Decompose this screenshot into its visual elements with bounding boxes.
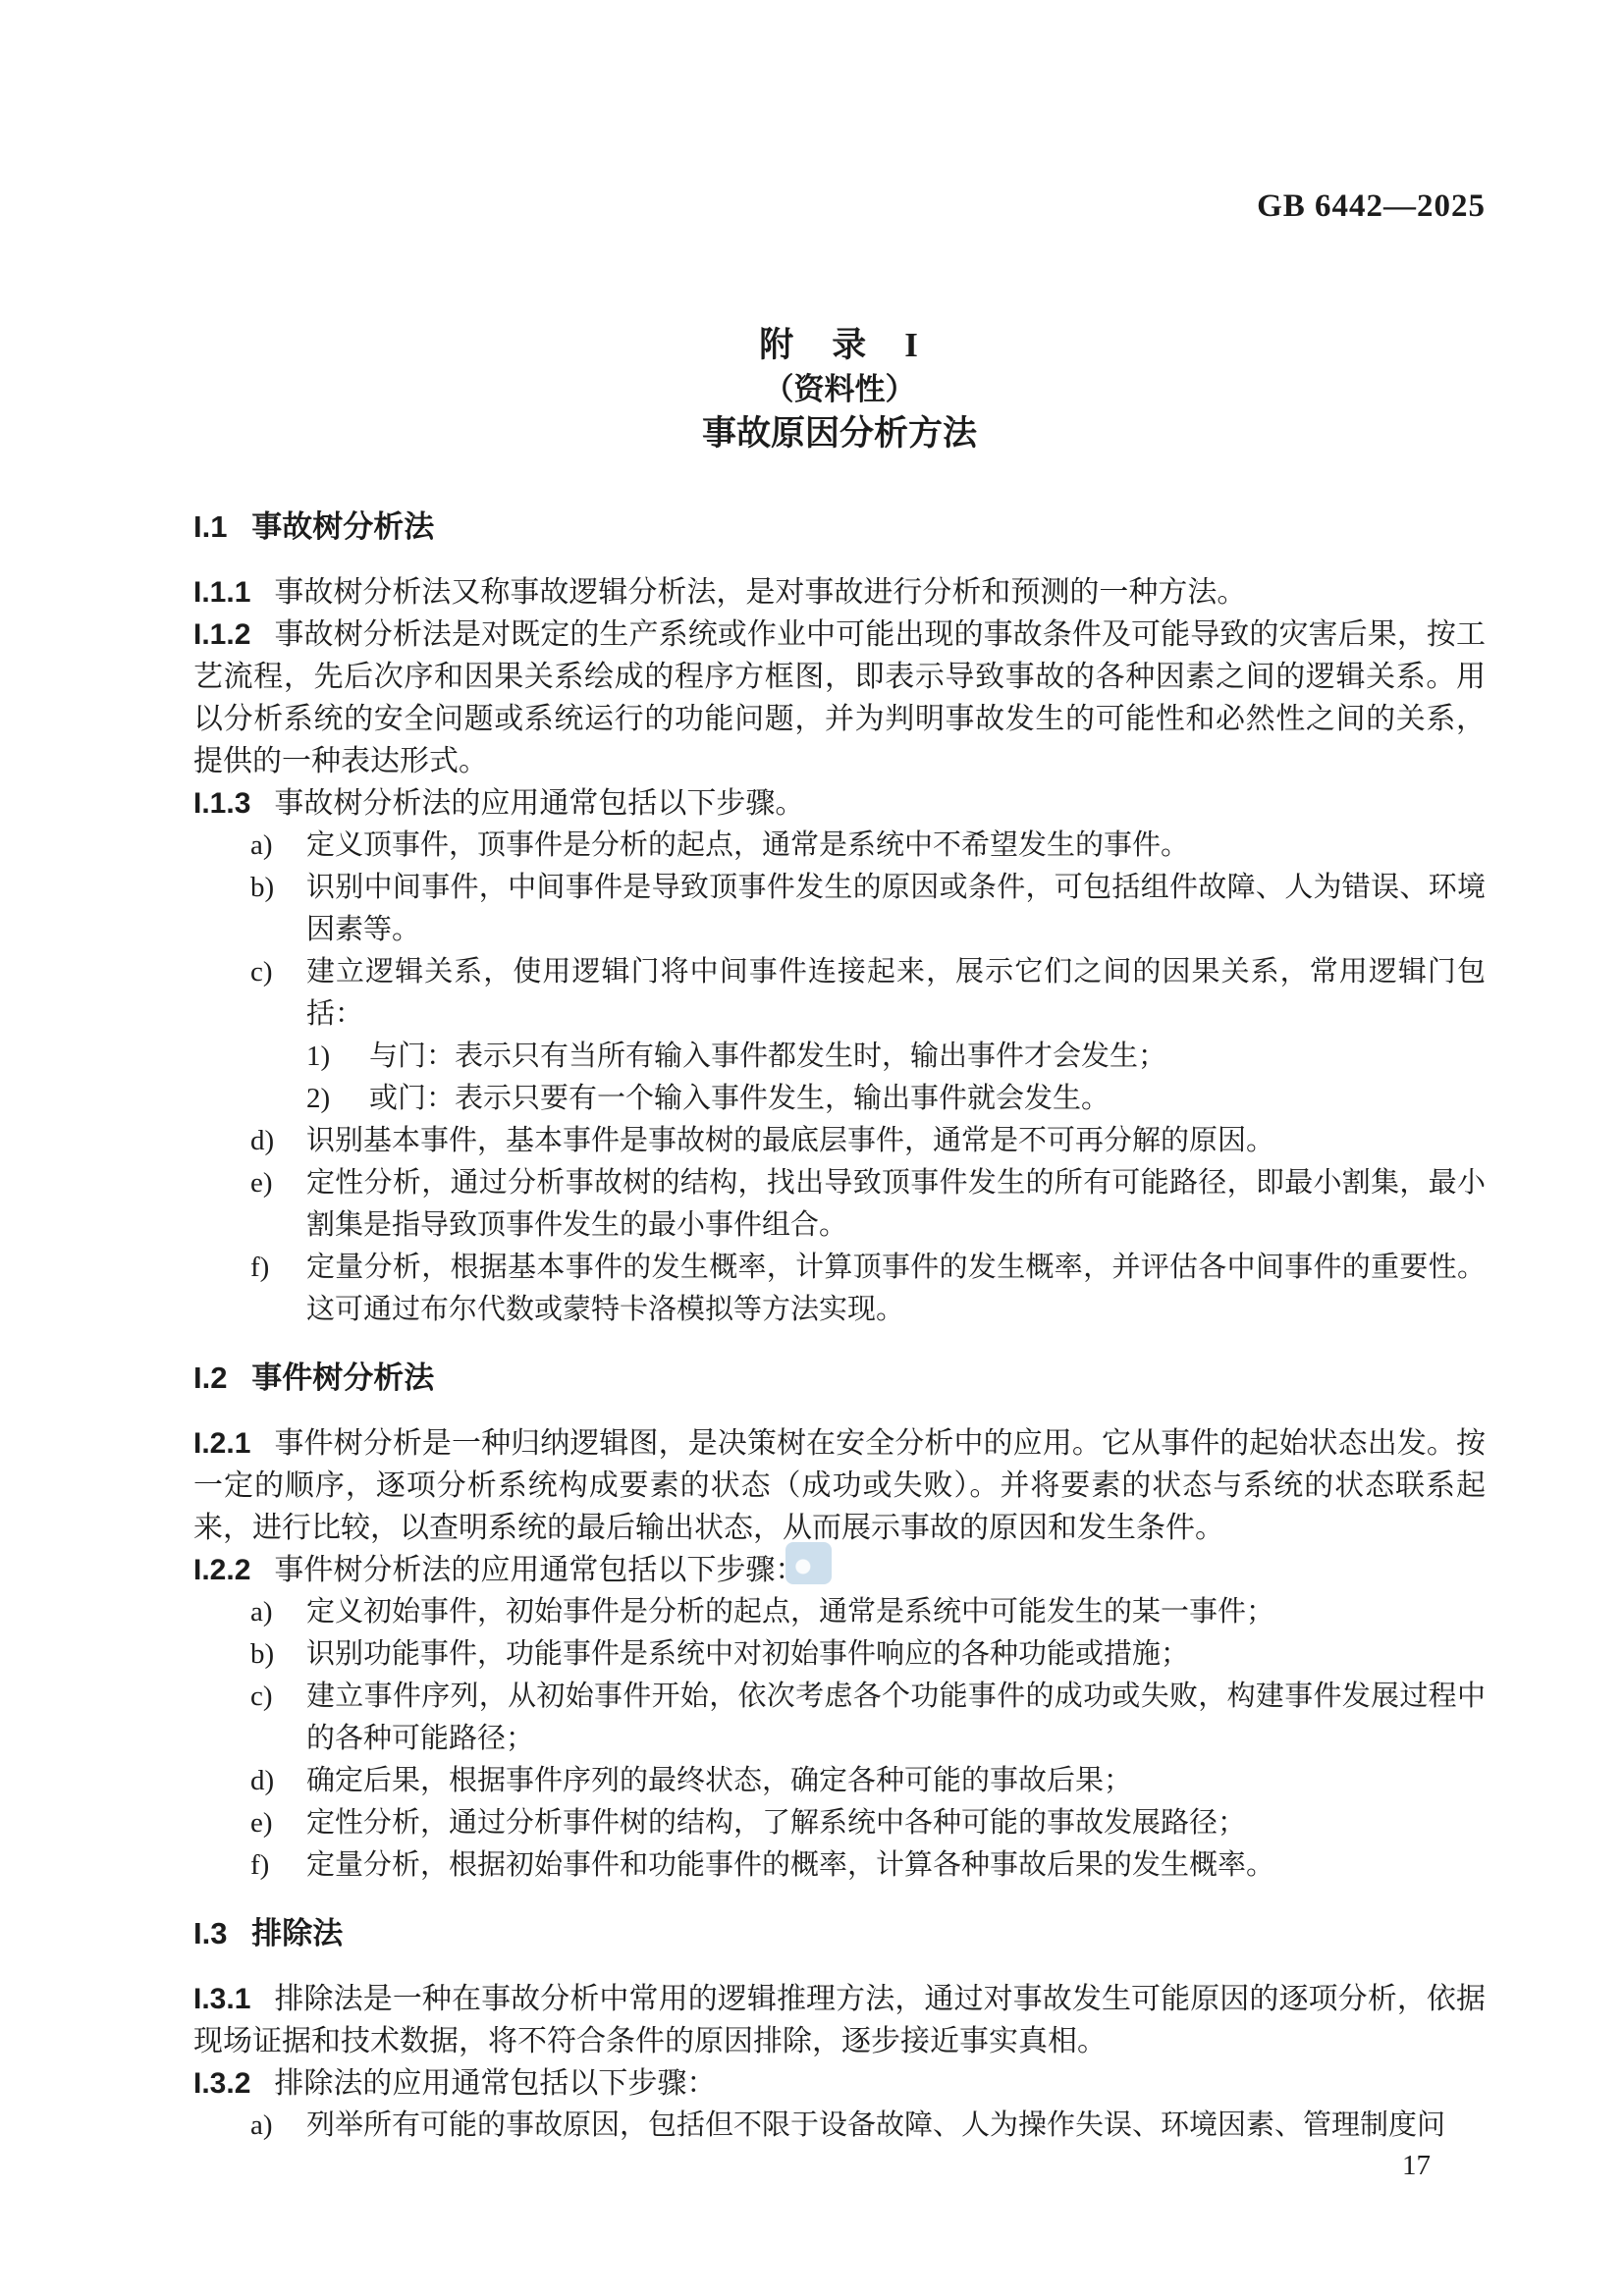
clause-number: I.1.1 xyxy=(193,576,250,609)
clause-i1-3: I.1.3事故树分析法的应用通常包括以下步骤。 xyxy=(193,782,1486,825)
page-number: 17 xyxy=(193,2147,1486,2184)
clause-number: I.3.1 xyxy=(193,1983,250,2015)
page-content: GB 6442—2025 附 录 I （资料性） 事故原因分析方法 I.1事故树… xyxy=(193,187,1486,2184)
sublist-marker: 2) xyxy=(306,1078,330,1120)
list-marker: b) xyxy=(250,1633,274,1676)
list-marker: b) xyxy=(250,867,274,909)
list-item: d)确定后果，根据事件序列的最终状态，确定各种可能的事故后果； xyxy=(193,1760,1486,1802)
list-marker: a) xyxy=(250,2105,273,2147)
list-marker: c) xyxy=(250,951,273,993)
list-item: f)定量分析，根据基本事件的发生概率，计算顶事件的发生概率，并评估各中间事件的重… xyxy=(193,1247,1486,1331)
section-heading-i2: I.2事件树分析法 xyxy=(193,1357,1486,1399)
section-title: 事件树分析法 xyxy=(251,1361,434,1395)
list-item: a)定义顶事件，顶事件是分析的起点，通常是系统中不希望发生的事件。 xyxy=(193,825,1486,867)
list-marker: d) xyxy=(250,1120,274,1162)
clause-i2-2: I.2.2事件树分析法的应用通常包括以下步骤： xyxy=(193,1549,1486,1591)
list-item: b)识别中间事件，中间事件是导致顶事件发生的原因或条件，可包括组件故障、人为错误… xyxy=(193,867,1486,951)
list-marker: a) xyxy=(250,1591,273,1633)
list-marker: e) xyxy=(250,1802,273,1844)
list-item-text: 列举所有可能的事故原因，包括但不限于设备故障、人为操作失误、环境因素、管理制度问 xyxy=(306,2109,1445,2141)
list-item: b)识别功能事件，功能事件是系统中对初始事件响应的各种功能或措施； xyxy=(193,1633,1486,1676)
sublist-item: 2)或门：表示只要有一个输入事件发生，输出事件就会发生。 xyxy=(193,1078,1486,1120)
clause-i1-2: I.1.2事故树分析法是对既定的生产系统或作业中可能出现的事故条件及可能导致的灾… xyxy=(193,614,1486,782)
sublist-marker: 1) xyxy=(306,1036,330,1078)
list-item: a)列举所有可能的事故原因，包括但不限于设备故障、人为操作失误、环境因素、管理制… xyxy=(193,2105,1486,2147)
clause-text: 事件树分析是一种归纳逻辑图，是决策树在安全分析中的应用。它从事件的起始状态出发。… xyxy=(193,1427,1486,1544)
section-heading-i3: I.3排除法 xyxy=(193,1912,1486,1954)
clause-text: 事故树分析法是对既定的生产系统或作业中可能出现的事故条件及可能导致的灾害后果，按… xyxy=(193,618,1486,777)
clause-i2-1: I.2.1事件树分析是一种归纳逻辑图，是决策树在安全分析中的应用。它从事件的起始… xyxy=(193,1422,1486,1549)
clause-number: I.2.1 xyxy=(193,1427,250,1460)
clause-i3-1: I.3.1排除法是一种在事故分析中常用的逻辑推理方法，通过对事故发生可能原因的逐… xyxy=(193,1978,1486,2062)
clause-text: 事件树分析法的应用通常包括以下步骤： xyxy=(274,1554,804,1586)
list-item: e)定性分析，通过分析事件树的结构，了解系统中各种可能的事故发展路径； xyxy=(193,1802,1486,1844)
list-marker: c) xyxy=(250,1676,273,1718)
clause-text: 排除法的应用通常包括以下步骤： xyxy=(274,2067,716,2100)
list-item: f)定量分析，根据初始事件和功能事件的概率，计算各种事故后果的发生概率。 xyxy=(193,1844,1486,1887)
section-title: 排除法 xyxy=(251,1916,343,1950)
section-heading-i1: I.1事故树分析法 xyxy=(193,506,1486,548)
list-item-text: 定义顶事件，顶事件是分析的起点，通常是系统中不希望发生的事件。 xyxy=(306,829,1189,861)
list-item-text: 识别功能事件，功能事件是系统中对初始事件响应的各种功能或措施； xyxy=(306,1638,1189,1670)
list-item-text: 识别中间事件，中间事件是导致顶事件发生的原因或条件，可包括组件故障、人为错误、环… xyxy=(306,872,1486,945)
section-title: 事故树分析法 xyxy=(251,509,434,544)
appendix-type: （资料性） xyxy=(193,367,1486,411)
list-item-text: 建立逻辑关系，使用逻辑门将中间事件连接起来，展示它们之间的因果关系，常用逻辑门包… xyxy=(306,956,1486,1030)
list-item-text: 定量分析，根据初始事件和功能事件的概率，计算各种事故后果的发生概率。 xyxy=(306,1849,1274,1881)
appendix-label: 附 录 I xyxy=(193,323,1486,367)
list-item-text: 识别基本事件，基本事件是事故树的最底层事件，通常是不可再分解的原因。 xyxy=(306,1125,1274,1156)
list-marker: d) xyxy=(250,1760,274,1802)
section-number: I.2 xyxy=(193,1361,227,1395)
clause-text: 排除法是一种在事故分析中常用的逻辑推理方法，通过对事故发生可能原因的逐项分析，依… xyxy=(193,1983,1486,2057)
clause-i3-2: I.3.2排除法的应用通常包括以下步骤： xyxy=(193,2062,1486,2105)
sublist-item-text: 与门：表示只有当所有输入事件都发生时，输出事件才会发生； xyxy=(369,1041,1166,1072)
clause-text: 事故树分析法又称事故逻辑分析法，是对事故进行分析和预测的一种方法。 xyxy=(274,576,1246,609)
sublist-item-text: 或门：表示只要有一个输入事件发生，输出事件就会发生。 xyxy=(369,1083,1110,1114)
list-marker: e) xyxy=(250,1162,273,1204)
clause-number: I.2.2 xyxy=(193,1554,250,1586)
list-marker: a) xyxy=(250,825,273,867)
list-item: a)定义初始事件，初始事件是分析的起点，通常是系统中可能发生的某一事件； xyxy=(193,1591,1486,1633)
appendix-subject: 事故原因分析方法 xyxy=(193,411,1486,455)
list-marker: f) xyxy=(250,1844,269,1887)
document-page: GB 6442—2025 附 录 I （资料性） 事故原因分析方法 I.1事故树… xyxy=(0,0,1624,2296)
list-item-text: 定性分析，通过分析事故树的结构，找出导致顶事件发生的所有可能路径，即最小割集，最… xyxy=(306,1167,1486,1241)
list-item-text: 定性分析，通过分析事件树的结构，了解系统中各种可能的事故发展路径； xyxy=(306,1807,1246,1839)
list-item: e)定性分析，通过分析事故树的结构，找出导致顶事件发生的所有可能路径，即最小割集… xyxy=(193,1162,1486,1247)
clause-text: 事故树分析法的应用通常包括以下步骤。 xyxy=(274,787,804,820)
sublist-item: 1)与门：表示只有当所有输入事件都发生时，输出事件才会发生； xyxy=(193,1036,1486,1078)
clause-number: I.3.2 xyxy=(193,2067,250,2100)
clause-number: I.1.3 xyxy=(193,787,250,820)
clause-i1-1: I.1.1事故树分析法又称事故逻辑分析法，是对事故进行分析和预测的一种方法。 xyxy=(193,571,1486,614)
list-item: d)识别基本事件，基本事件是事故树的最底层事件，通常是不可再分解的原因。 xyxy=(193,1120,1486,1162)
standard-number: GB 6442—2025 xyxy=(193,187,1486,226)
section-number: I.1 xyxy=(193,509,227,544)
list-item-text: 定量分析，根据基本事件的发生概率，计算顶事件的发生概率，并评估各中间事件的重要性… xyxy=(306,1252,1486,1325)
appendix-title-block: 附 录 I （资料性） 事故原因分析方法 xyxy=(193,323,1486,455)
list-item-text: 建立事件序列，从初始事件开始，依次考虑各个功能事件的成功或失败，构建事件发展过程… xyxy=(306,1681,1486,1754)
list-item: c)建立逻辑关系，使用逻辑门将中间事件连接起来，展示它们之间的因果关系，常用逻辑… xyxy=(193,951,1486,1036)
list-item-text: 确定后果，根据事件序列的最终状态，确定各种可能的事故后果； xyxy=(306,1765,1132,1796)
list-item: c)建立事件序列，从初始事件开始，依次考虑各个功能事件的成功或失败，构建事件发展… xyxy=(193,1676,1486,1760)
list-marker: f) xyxy=(250,1247,269,1289)
list-item-text: 定义初始事件，初始事件是分析的起点，通常是系统中可能发生的某一事件； xyxy=(306,1596,1274,1628)
clause-number: I.1.2 xyxy=(193,618,250,651)
section-number: I.3 xyxy=(193,1916,227,1950)
